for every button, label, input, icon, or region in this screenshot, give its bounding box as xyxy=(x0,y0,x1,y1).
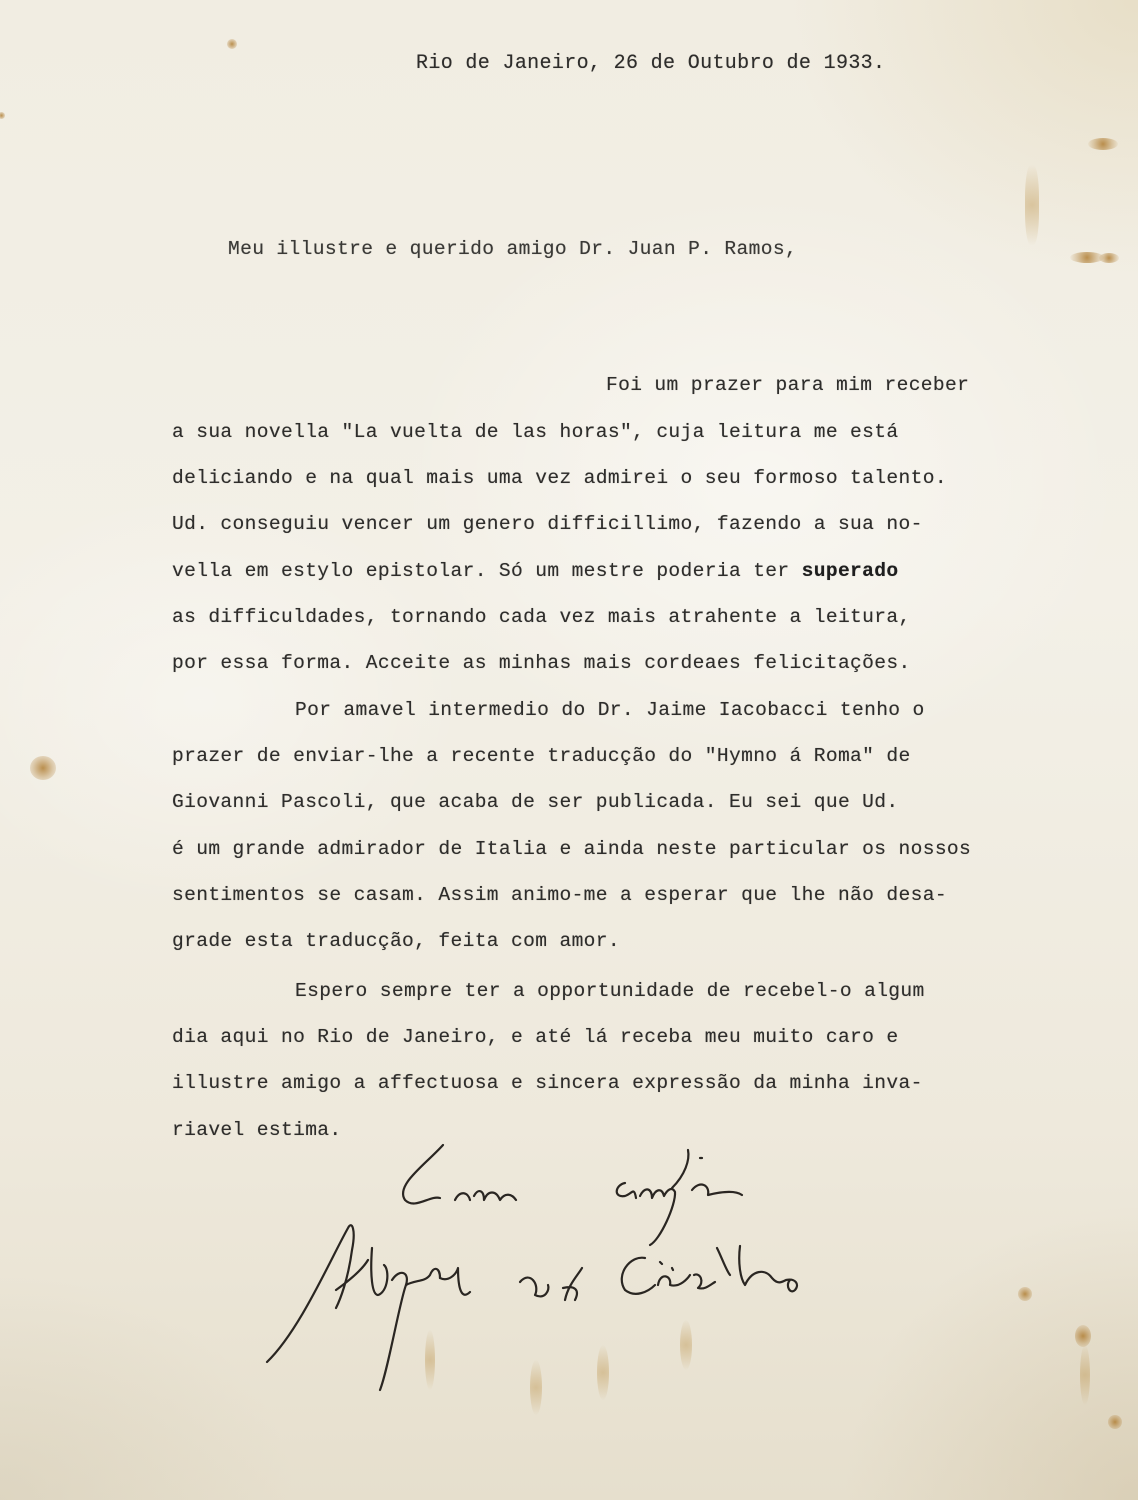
letter-salutation: Meu illustre e querido amigo Dr. Juan P.… xyxy=(228,238,797,260)
stain-mark xyxy=(1025,165,1039,245)
letter-page: Rio de Janeiro, 26 de Outubro de 1933. M… xyxy=(0,0,1138,1500)
stain-mark xyxy=(1099,253,1119,263)
paragraph-line: prazer de enviar-lhe a recente traducção… xyxy=(172,745,911,767)
paragraph-line: Giovanni Pascoli, que acaba de ser publi… xyxy=(172,791,899,813)
paragraph-line: Foi um prazer para mim receber xyxy=(606,374,969,396)
stain-mark xyxy=(1080,1345,1090,1405)
stain-mark xyxy=(1075,1325,1091,1347)
stain-mark xyxy=(597,1345,609,1400)
letter-date: Rio de Janeiro, 26 de Outubro de 1933. xyxy=(416,52,885,75)
stain-mark xyxy=(425,1330,435,1390)
paragraph-line: riavel estima. xyxy=(172,1119,342,1141)
stain-mark xyxy=(0,112,5,119)
stain-mark xyxy=(1108,1415,1122,1429)
stain-mark xyxy=(1088,138,1118,150)
paragraph-line: dia aqui no Rio de Janeiro, e até lá rec… xyxy=(172,1026,899,1048)
paragraph-line: Espero sempre ter a opportunidade de rec… xyxy=(295,980,925,1002)
paragraph-line: a sua novella "La vuelta de las horas", … xyxy=(172,421,899,443)
paragraph-line: é um grande admirador de Italia e ainda … xyxy=(172,838,971,860)
stain-mark xyxy=(1018,1287,1032,1301)
paragraph-line: Por amavel intermedio do Dr. Jaime Iacob… xyxy=(295,699,925,721)
stain-mark xyxy=(680,1320,692,1370)
emphasized-word: superado xyxy=(802,560,899,582)
paragraph-line: deliciando e na qual mais uma vez admire… xyxy=(172,467,947,489)
paragraph-line: vella em estylo epistolar. Só um mestre … xyxy=(172,560,899,582)
paragraph-line: as difficuldades, tornando cada vez mais… xyxy=(172,606,911,628)
stain-mark xyxy=(227,39,237,49)
paragraph-line: grade esta traducção, feita com amor. xyxy=(172,930,620,952)
paragraph-line: sentimentos se casam. Assim animo-me a e… xyxy=(172,884,947,906)
paragraph-line: Ud. conseguiu vencer um genero difficill… xyxy=(172,513,923,535)
stain-mark xyxy=(30,756,56,780)
paragraph-line-text: vella em estylo epistolar. Só um mestre … xyxy=(172,560,802,582)
closing-handwriting xyxy=(403,1145,742,1245)
stain-mark xyxy=(530,1360,542,1415)
paragraph-line: por essa forma. Acceite as minhas mais c… xyxy=(172,652,911,674)
paragraph-line: illustre amigo a affectuosa e sincera ex… xyxy=(172,1072,923,1094)
